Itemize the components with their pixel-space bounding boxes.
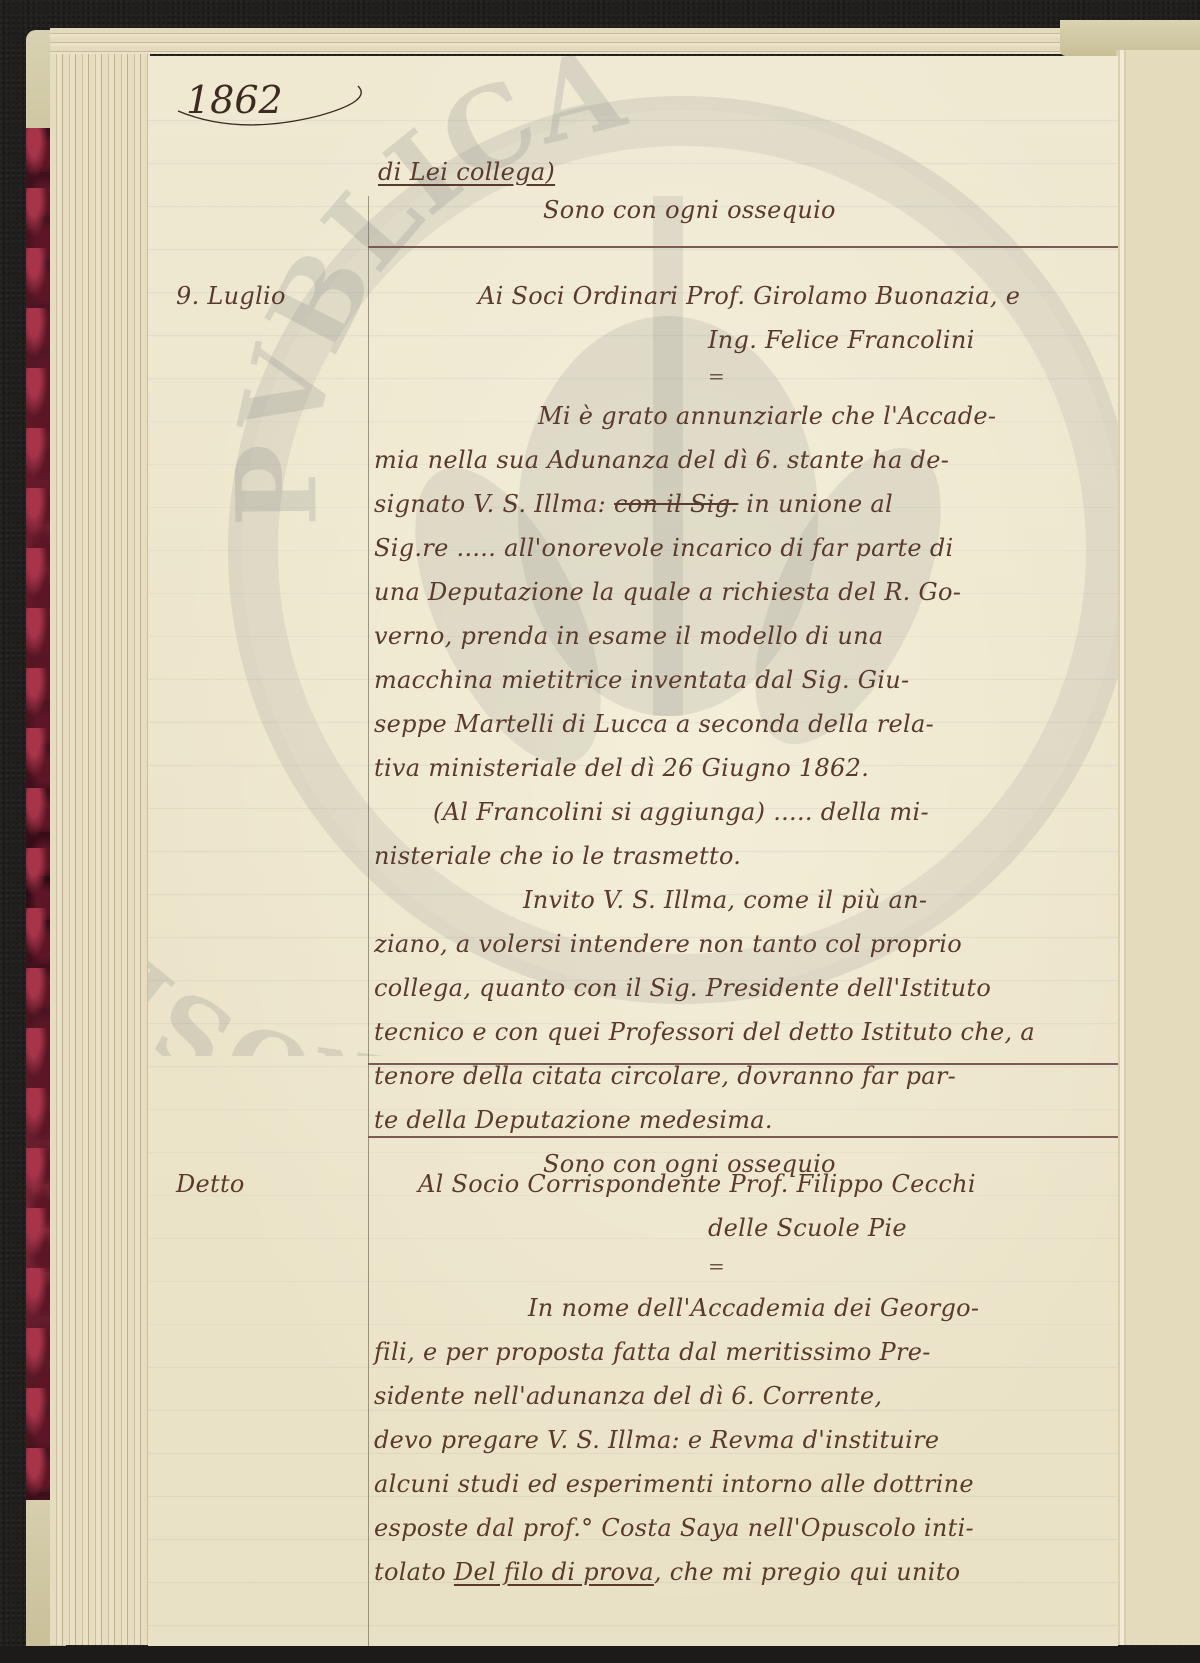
body-line: nisteriale che io le trasmetto. <box>374 844 741 868</box>
marbled-cover-edge <box>26 128 52 1503</box>
addressee-line: Ai Soci Ordinari Prof. Girolamo Buonazia… <box>478 284 1020 308</box>
page-edge-stack <box>50 30 150 1645</box>
body-line: seppe Martelli di Lucca a seconda della … <box>374 712 934 736</box>
body-line: (Al Francolini si aggiunga) ..... della … <box>433 800 929 824</box>
body-line: Mi è grato annunziarle che l'Accade- <box>538 404 996 428</box>
separator-mark: = <box>708 366 725 386</box>
body-line: ziano, a volersi intendere non tanto col… <box>374 932 962 956</box>
scan-bottom-edge <box>0 1646 1200 1663</box>
body-line: signato V. S. Illma: con il Sig. in unio… <box>374 492 893 516</box>
year-heading: 1862 <box>186 78 283 122</box>
body-text: in unione al <box>738 490 893 518</box>
body-line: Sig.re ..... all'onorevole incarico di f… <box>374 536 953 560</box>
struck-text: con il Sig. <box>614 490 738 518</box>
next-page-gutter <box>1116 50 1200 1645</box>
body-line: macchina mietitrice inventata dal Sig. G… <box>374 668 909 692</box>
body-line: te della Deputazione medesima. <box>374 1108 773 1132</box>
body-line: una Deputazione la quale a richiesta del… <box>374 580 961 604</box>
ledger-page: PVBLICA ROSPERITATI 1862 di Lei collega)… <box>148 56 1118 1646</box>
closing-salutation: Sono con ogni ossequio <box>543 198 836 222</box>
body-line: mia nella sua Adunanza del dì 6. stante … <box>374 448 949 472</box>
date-column-divider <box>368 196 369 1646</box>
body-line: tenore della citata circolare, dovranno … <box>374 1064 956 1088</box>
body-line: collega, quanto con il Sig. Presidente d… <box>374 976 991 1000</box>
body-line: tiva ministeriale del dì 26 Giugno 1862. <box>374 756 869 780</box>
page-edge-stack-top <box>50 28 1110 54</box>
body-line: Invito V. S. Illma, come il più an- <box>523 888 927 912</box>
addressee-line: Ing. Felice Francolini <box>708 328 975 352</box>
body-line: verno, prenda in esame il modello di una <box>374 624 883 648</box>
body-line: tecnico e con quei Professori del detto … <box>374 1020 1035 1044</box>
entry-separator-rule <box>368 246 1118 248</box>
closing-salutation: Sono con ogni ossequio <box>543 1152 836 1176</box>
continuation-line: di Lei collega) <box>378 160 555 184</box>
body-text: signato V. S. Illma: <box>374 490 614 518</box>
entry-date: 9. Luglio <box>176 284 286 308</box>
